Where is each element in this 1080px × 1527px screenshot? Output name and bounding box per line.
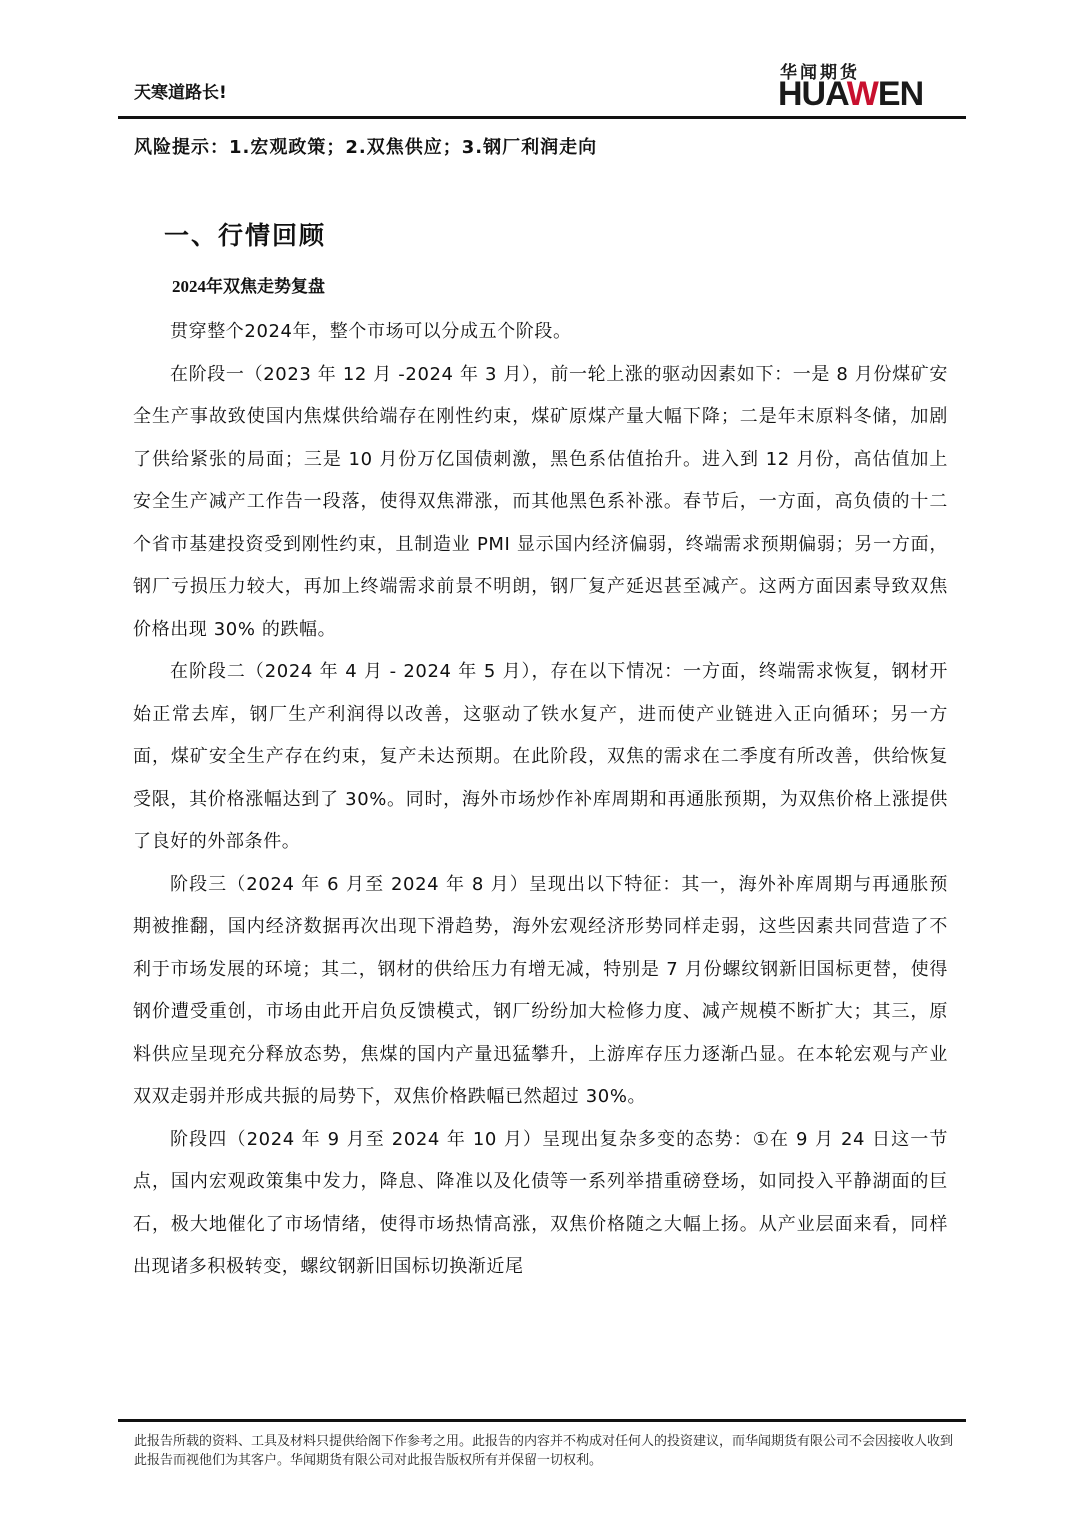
body-text: 贯穿整个2024年，整个市场可以分成五个阶段。 在阶段一（2023 年 12 月… (133, 311, 948, 1289)
risk-notice: 风险提示：1.宏观政策；2.双焦供应；3.钢厂利润走向 (134, 133, 597, 159)
section-title: 一、行情回顾 (164, 216, 326, 252)
paragraph-stage-3: 阶段三（2024 年 6 月至 2024 年 8 月）呈现出以下特征：其一，海外… (133, 864, 948, 1119)
logo-w-mark: W (847, 75, 878, 113)
logo-en-suffix: EN (878, 75, 923, 113)
header-divider (118, 116, 966, 119)
footer-divider (118, 1419, 966, 1422)
logo-en-prefix: HUA (778, 75, 847, 113)
header-slogan: 天寒道路长! (134, 78, 227, 103)
paragraph-stage-2: 在阶段二（2024 年 4 月 - 2024 年 5 月），存在以下情况：一方面… (133, 651, 948, 864)
company-logo: 华闻期货 HUAWEN (778, 58, 950, 114)
paragraph-stage-1: 在阶段一（2023 年 12 月 -2024 年 3 月），前一轮上涨的驱动因素… (133, 354, 948, 652)
footer-disclaimer: 此报告所载的资料、工具及材料只提供给阁下作参考之用。此报告的内容并不构成对任何人… (134, 1432, 954, 1470)
paragraph-stage-4: 阶段四（2024 年 9 月至 2024 年 10 月）呈现出复杂多变的态势：①… (133, 1119, 948, 1289)
logo-english-name: HUAWEN (778, 76, 923, 112)
paragraph-intro: 贯穿整个2024年，整个市场可以分成五个阶段。 (133, 311, 948, 354)
section-subtitle: 2024年双焦走势复盘 (172, 272, 325, 297)
